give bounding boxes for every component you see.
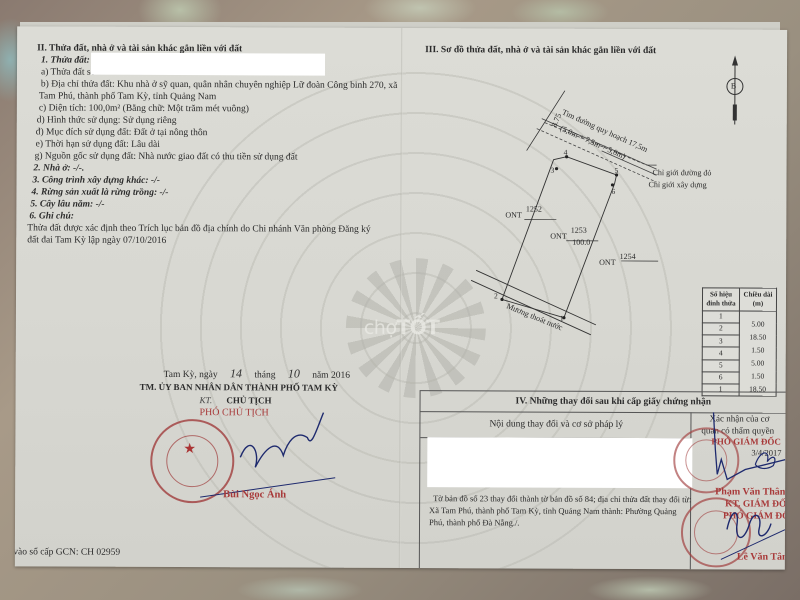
certificate-page: II. Thửa đất, nhà ở và tài sản khác gắn … <box>15 26 787 569</box>
right-signatures-layer <box>15 26 787 569</box>
